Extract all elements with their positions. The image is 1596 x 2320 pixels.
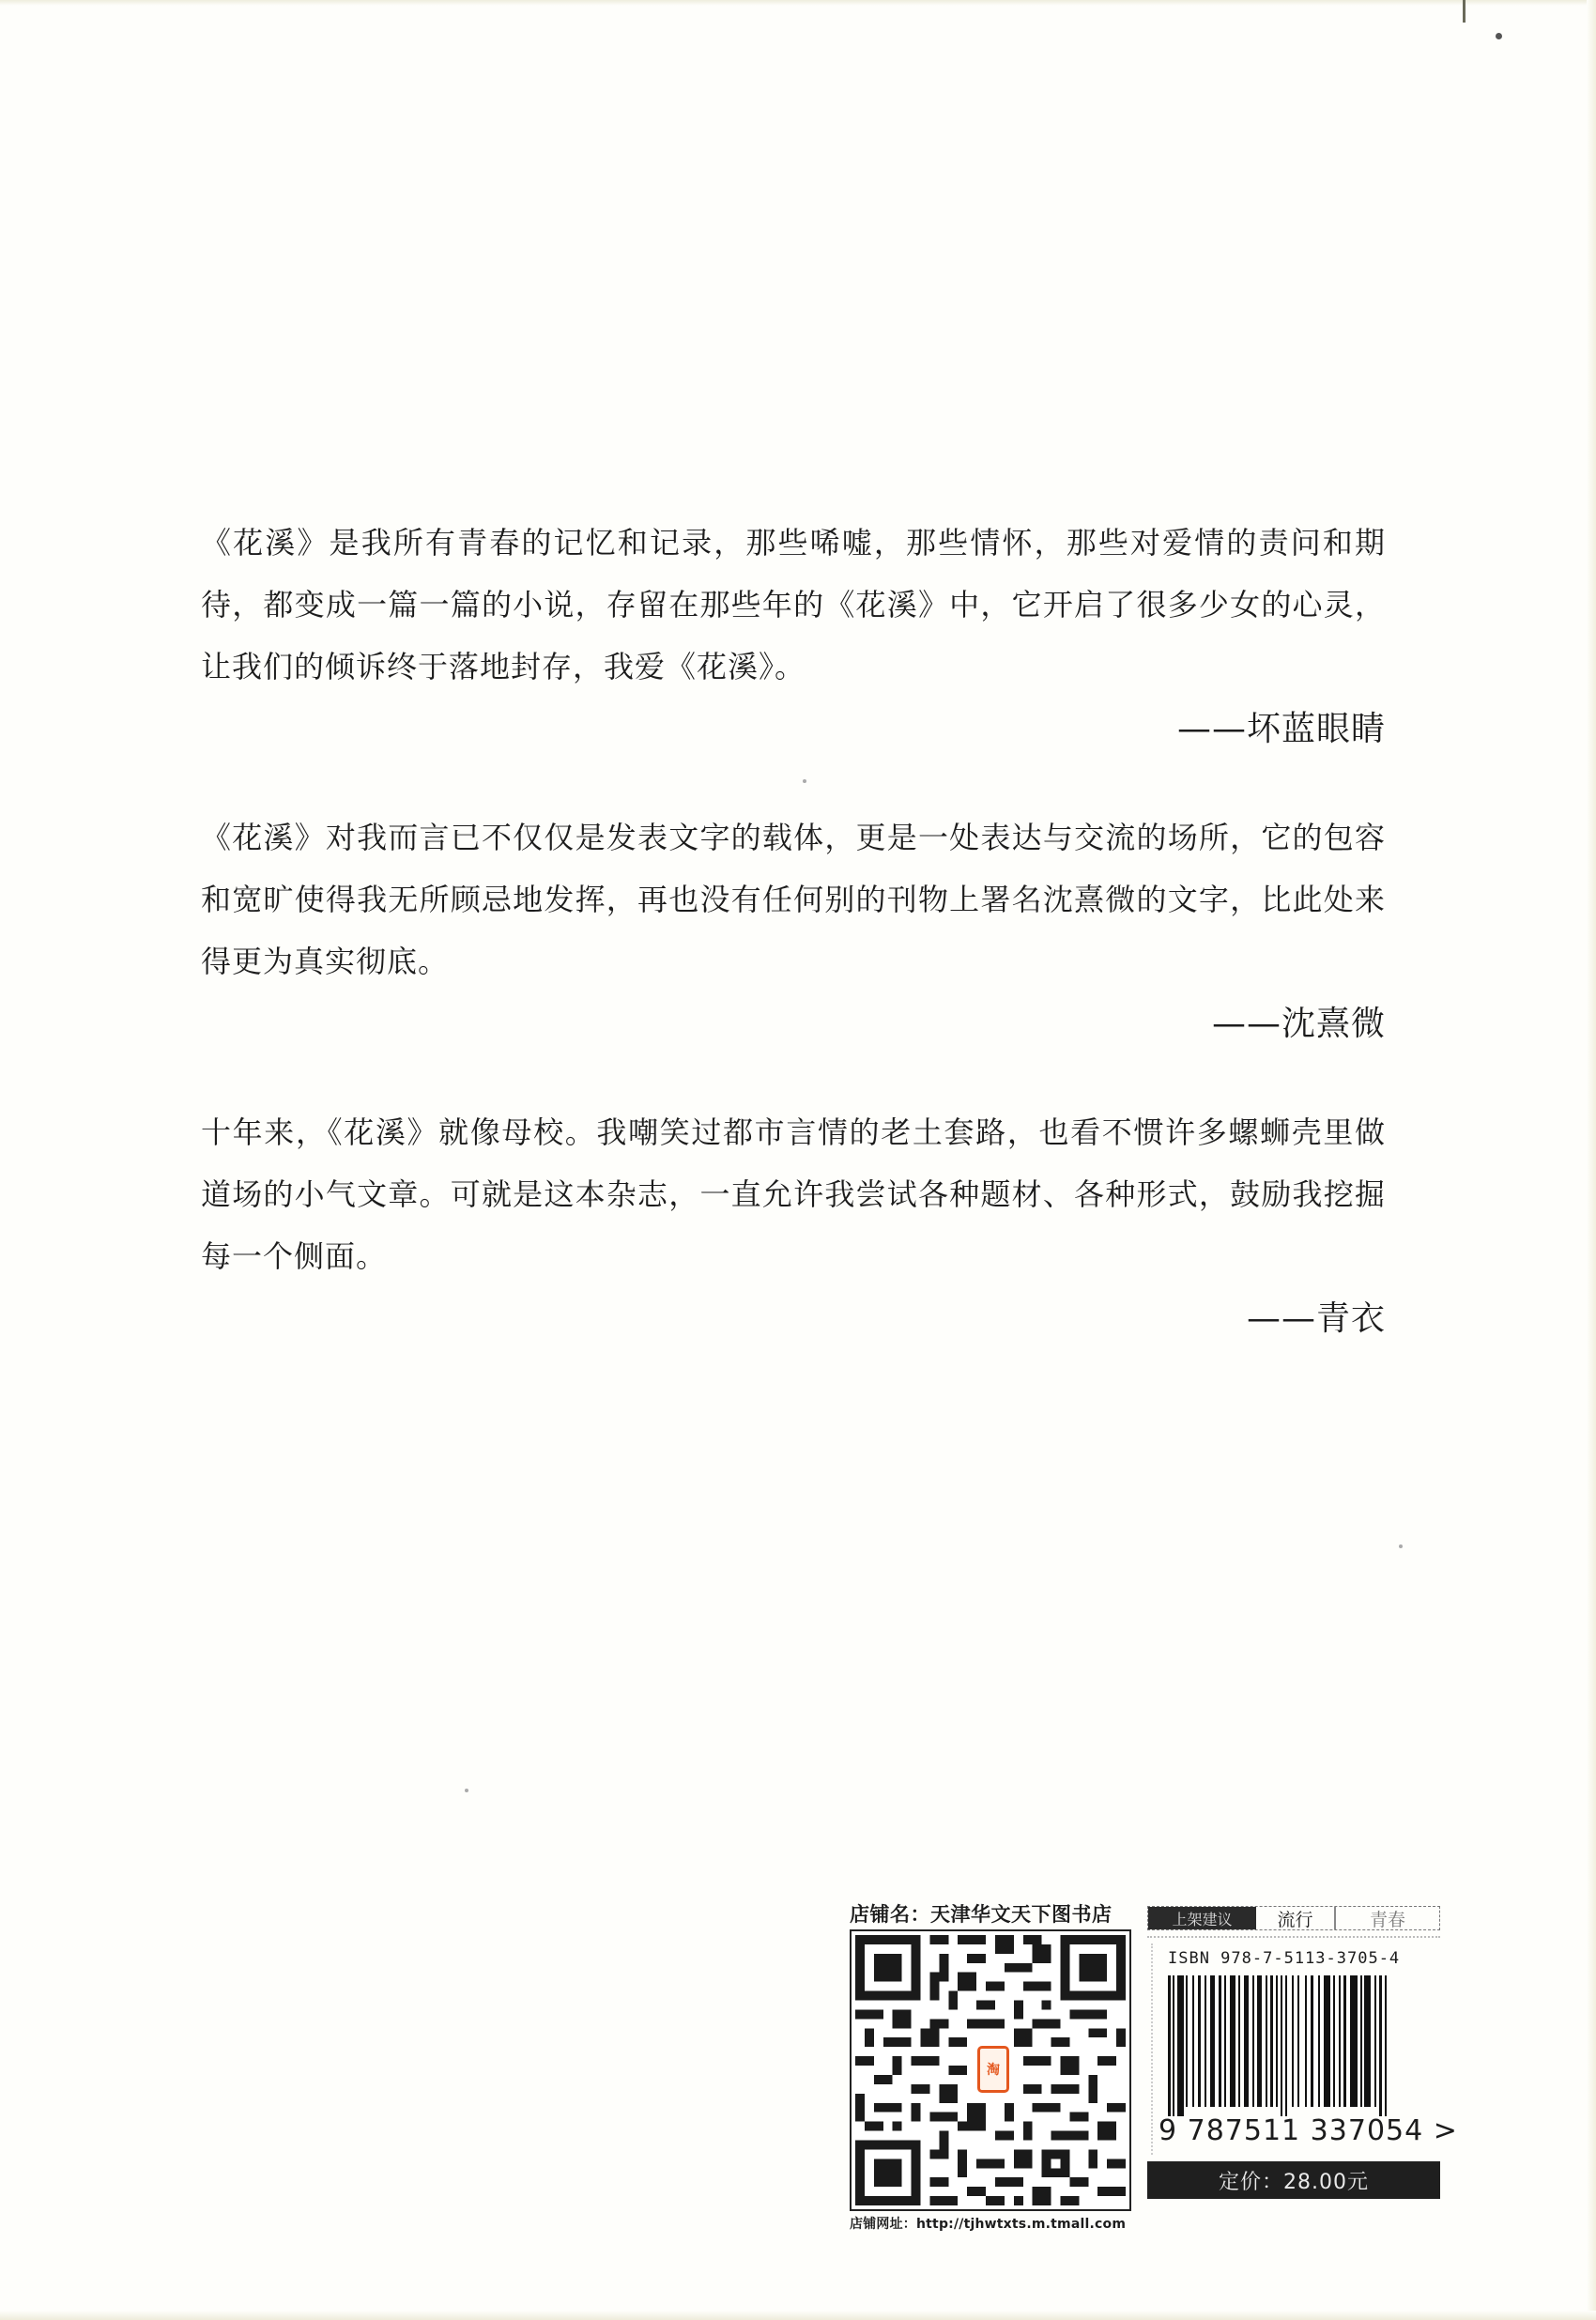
page-edge-right <box>1587 0 1596 2320</box>
scan-speck <box>1496 33 1502 39</box>
quote-attribution: ——沈熹微 <box>201 996 1386 1052</box>
barcode-icon <box>1164 1975 1413 2116</box>
barcode-digits: 9 787511 337054 > <box>1159 2114 1458 2147</box>
quote-2: 《花溪》对我而言已不仅仅是发表文字的载体，更是一处表达与交流的场所，它的包容和宽… <box>201 807 1386 1052</box>
qr-code-icon[interactable]: 淘 <box>850 1929 1131 2211</box>
isbn-label: ISBN 978-7-5113-3705-4 <box>1168 1949 1440 1968</box>
barcode: 9 787511 337054 > <box>1164 1975 1440 2154</box>
page-edge-top <box>0 0 1596 6</box>
scan-mark <box>1463 0 1466 23</box>
shelving-classification: 上架建议 流行 青春 <box>1147 1906 1440 1930</box>
shop-name: 店铺名：天津华文天下图书店 <box>850 1901 1136 1928</box>
shop-qr-block: 店铺名：天津华文天下图书店 <box>850 1901 1136 2234</box>
quote-attribution: ——坏蓝眼睛 <box>201 701 1386 758</box>
scan-speck <box>1399 1544 1403 1548</box>
quote-body: 《花溪》对我而言已不仅仅是发表文字的载体，更是一处表达与交流的场所，它的包容和宽… <box>201 807 1386 992</box>
genre-tag-youth: 青春 <box>1336 1907 1439 1929</box>
page-edge-bottom <box>0 2311 1596 2320</box>
tmall-logo-icon: 淘 <box>977 2046 1009 2093</box>
quote-1: 《花溪》是我所有青春的记忆和记录，那些唏嘘，那些情怀，那些对爱情的责问和期待，都… <box>201 512 1386 758</box>
genre-tag-popular: 流行 <box>1256 1907 1336 1929</box>
isbn-barcode-block: 上架建议 流行 青春 ISBN 978-7-5113-3705-4 <box>1147 1906 1440 2154</box>
quote-3: 十年来，《花溪》就像母校。我嘲笑过都市言情的老土套路，也看不惯许多螺蛳壳里做道场… <box>201 1101 1386 1347</box>
quote-attribution: ——青衣 <box>201 1291 1386 1347</box>
quote-body: 十年来，《花溪》就像母校。我嘲笑过都市言情的老土套路，也看不惯许多螺蛳壳里做道场… <box>201 1101 1386 1287</box>
shelving-label: 上架建议 <box>1148 1907 1256 1929</box>
shop-url-link[interactable]: 店铺网址：http://tjhwtxts.m.tmall.com <box>850 2215 1136 2234</box>
price-label: 定价：28.00元 <box>1147 2161 1440 2199</box>
testimonial-quotes: 《花溪》是我所有青春的记忆和记录，那些唏嘘，那些情怀，那些对爱情的责问和期待，都… <box>201 512 1386 1347</box>
quote-body: 《花溪》是我所有青春的记忆和记录，那些唏嘘，那些情怀，那些对爱情的责问和期待，都… <box>201 512 1386 698</box>
divider <box>1147 1936 1440 1938</box>
scan-speck <box>465 1789 468 1792</box>
